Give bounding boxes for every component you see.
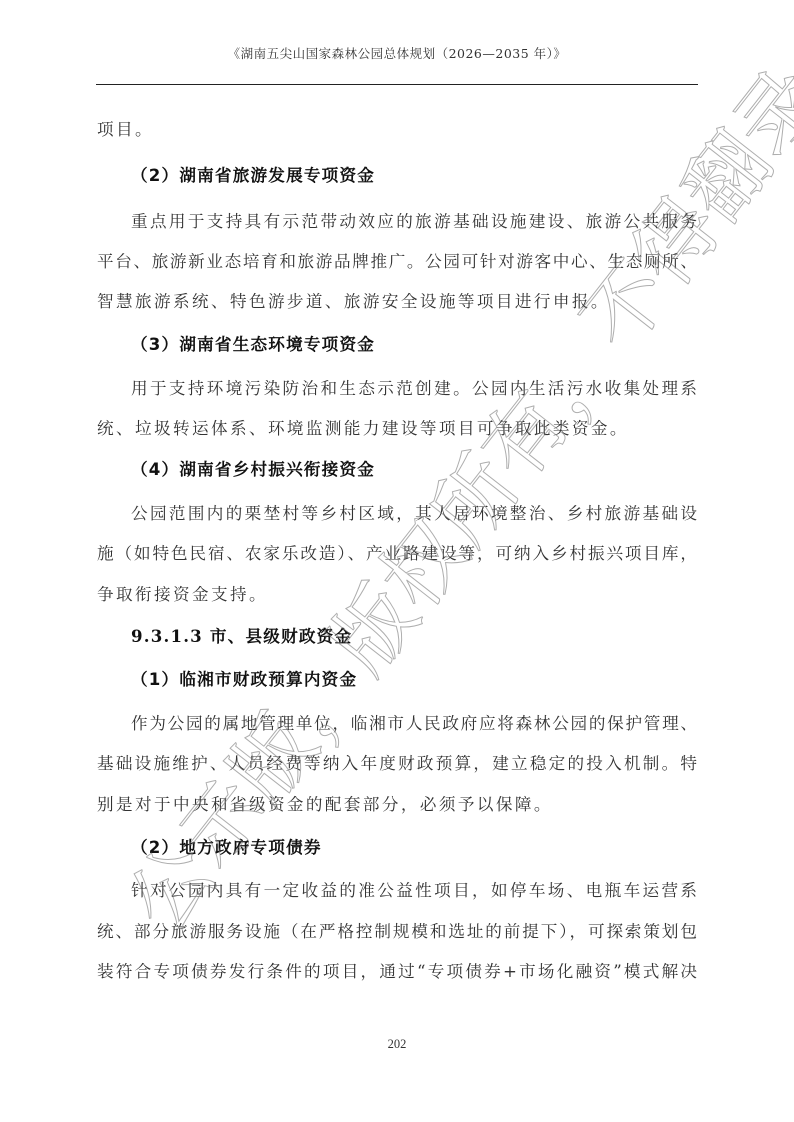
paragraph-line: 平台、旅游新业态培育和旅游品牌推广。公园可针对游客中心、生态厕所、 [97,248,697,272]
section-heading: （3）湖南省生态环境专项资金 [131,331,375,355]
section-heading: （2）地方政府专项债券 [131,834,322,858]
section-heading: （1）临湘市财政预算内资金 [131,666,357,690]
running-header: 《湖南五尖山国家森林公园总体规划（2026—2035 年）》 [96,44,698,62]
subsection-heading: 9.3.1.3 市、县级财政资金 [131,623,352,647]
section-heading: （4）湖南省乡村振兴衔接资金 [131,456,375,480]
paragraph-line: 别是对于中央和省级资金的配套部分，必须予以保障。 [97,791,697,815]
paragraph-line: 统、垃圾转运体系、环境监测能力建设等项目可争取此类资金。 [97,415,697,439]
paragraph-line: 装符合专项债券发行条件的项目，通过“专项债券+市场化融资”模式解决 [97,958,697,982]
paragraph-line: 作为公园的属地管理单位，临湘市人民政府应将森林公园的保护管理、 [97,710,697,734]
header-divider [96,84,698,85]
section-heading: （2）湖南省旅游发展专项资金 [131,162,375,186]
paragraph-line: 公园范围内的栗埜村等乡村区域，其人居环境整治、乡村旅游基础设 [97,500,697,524]
paragraph-line: 争取衔接资金支持。 [97,581,697,605]
paragraph-line: 项目。 [97,116,697,140]
paragraph-line: 智慧旅游系统、特色游步道、旅游安全设施等项目进行申报。 [97,288,697,312]
paragraph-line: 统、部分旅游服务设施（在严格控制规模和选址的前提下），可探索策划包 [97,918,697,942]
paragraph-line: 基础设施维护、人员经费等纳入年度财政预算，建立稳定的投入机制。特 [97,750,697,774]
paragraph-line: 针对公园内具有一定收益的准公益性项目，如停车场、电瓶车运营系 [97,877,697,901]
paragraph-line: 用于支持环境污染防治和生态示范创建。公园内生活污水收集处理系 [97,375,697,399]
page-number: 202 [0,1037,794,1052]
paragraph-line: 施（如特色民宿、农家乐改造）、产业路建设等，可纳入乡村振兴项目库， [97,540,697,564]
paragraph-line: 重点用于支持具有示范带动效应的旅游基础设施建设、旅游公共服务 [97,208,697,232]
